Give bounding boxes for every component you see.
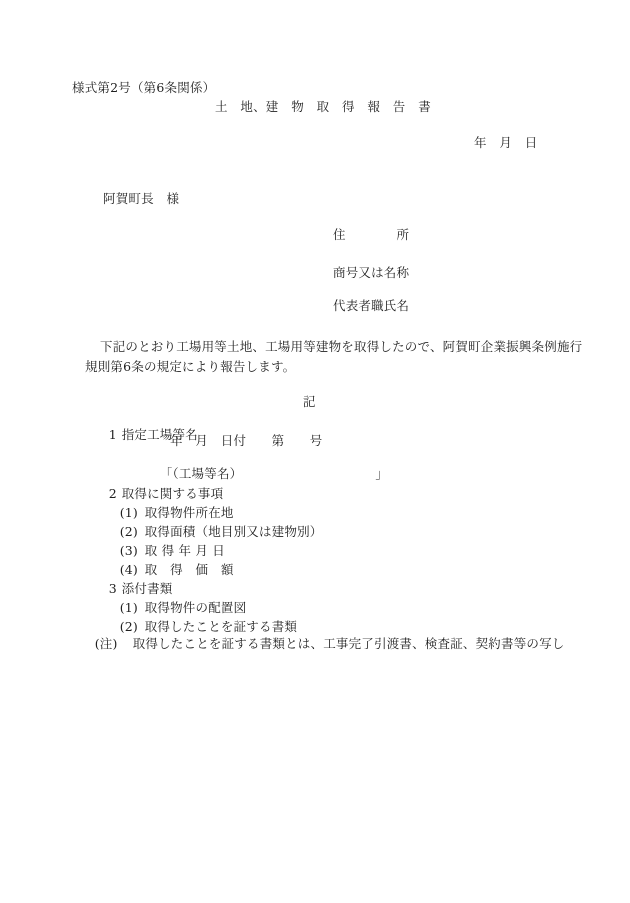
addressee: 阿賀町長 様 xyxy=(103,192,179,206)
sender-address-label: 住 所 xyxy=(333,228,409,242)
note-line: (注)取得したことを証する書類とは、工事完了引渡書、検査証、契約書等の写し xyxy=(78,623,565,666)
body-paragraph-line-1: 下記のとおり工場用等土地、工場用等建物を取得したので、阿賀町企業振興条例施行 xyxy=(100,340,582,354)
item-1-number: 1 xyxy=(109,428,122,442)
date-blank: 年 月 日 xyxy=(474,136,538,150)
note-text: 取得したことを証する書類とは、工事完了引渡書、検査証、契約書等の写し xyxy=(133,636,565,651)
note-label: (注) xyxy=(95,637,133,651)
document-page: 様式第2号（第6条関係） 土 地、建 物 取 得 報 告 書 年 月 日 阿賀町… xyxy=(0,0,630,903)
document-title: 土 地、建 物 取 得 報 告 書 xyxy=(215,100,431,114)
factory-name-close-bracket: 」 xyxy=(375,466,388,481)
form-number: 様式第2号（第6条関係） xyxy=(72,81,215,95)
designation-date-blank: 年 月 日付 第 号 xyxy=(170,434,322,448)
sender-trade-name-label: 商号又は名称 xyxy=(333,266,409,280)
record-heading: 記 xyxy=(303,395,316,409)
sender-representative-label: 代表者職氏名 xyxy=(333,299,409,313)
body-paragraph-line-2: 規則第6条の規定により報告します。 xyxy=(85,360,295,374)
